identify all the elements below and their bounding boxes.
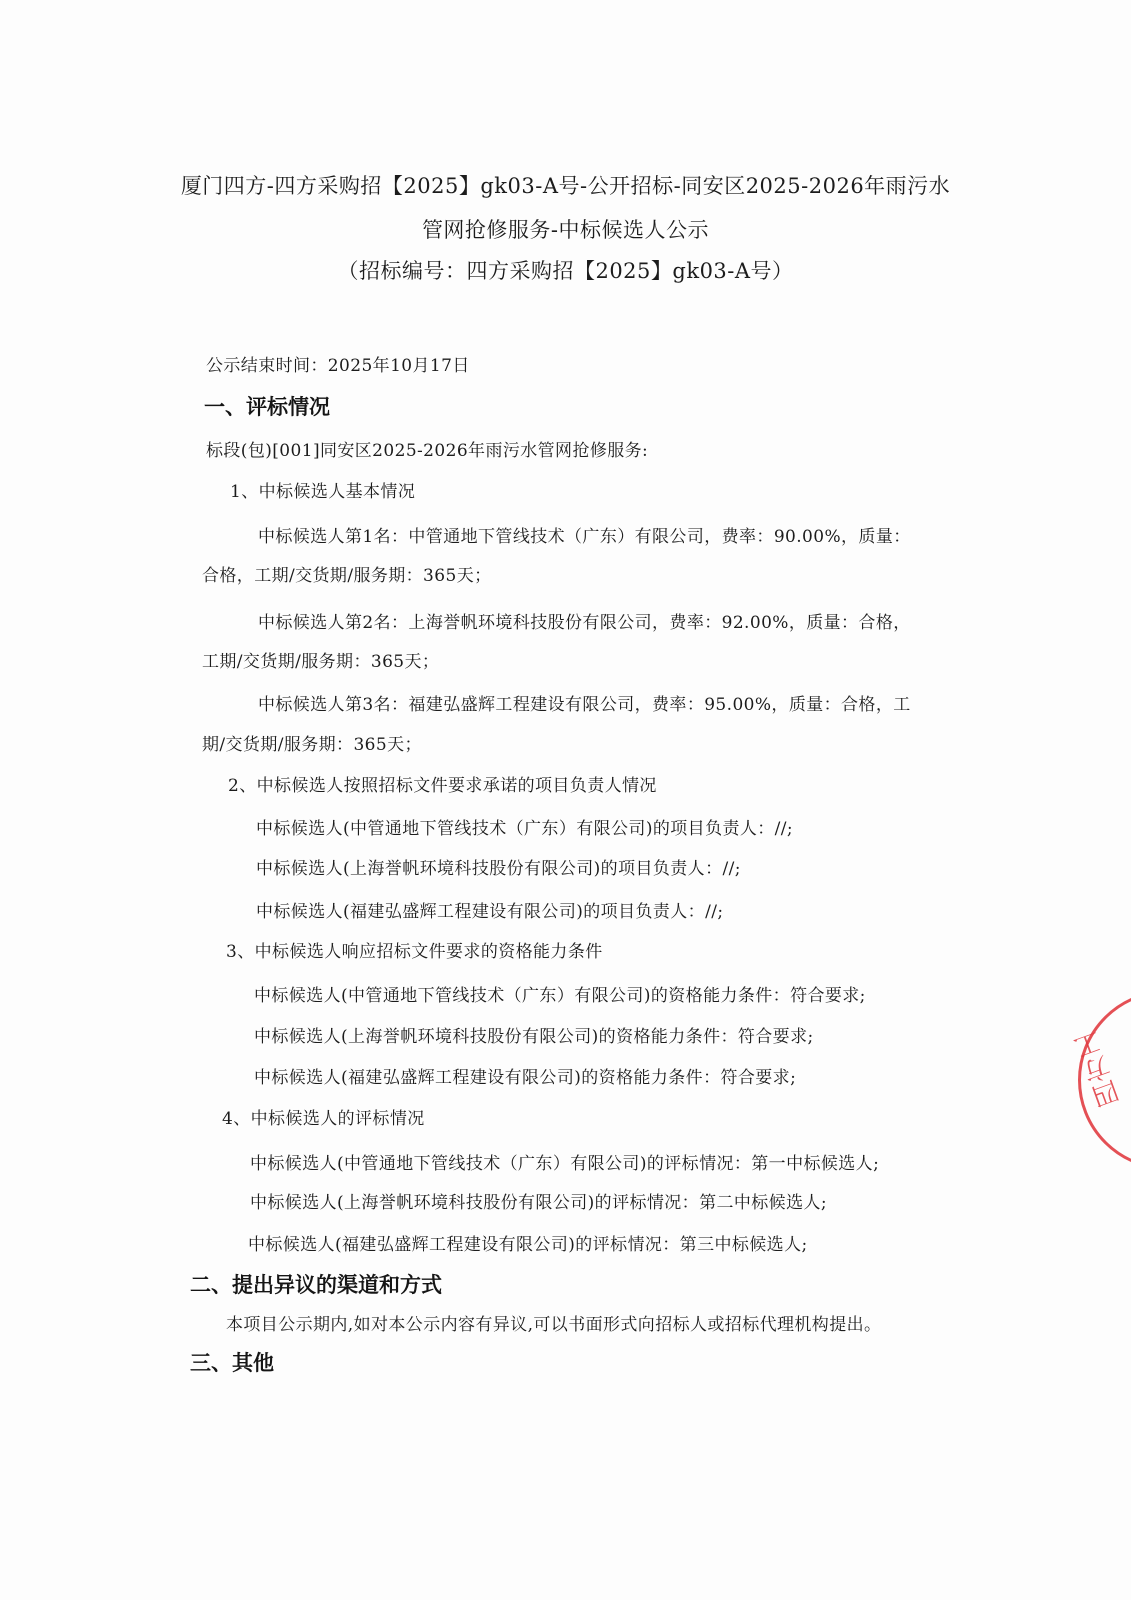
qualification-line-1: 中标候选人(中管通地下管线技术（广东）有限公司)的资格能力条件：符合要求; [254, 981, 866, 1006]
document-subtitle-bid-number: （招标编号：四方采购招【2025】gk03-A号） [0, 255, 1131, 285]
qualification-line-3: 中标候选人(福建弘盛辉工程建设有限公司)的资格能力条件：符合要求; [254, 1063, 796, 1088]
subsection-3-heading: 3、中标候选人响应招标文件要求的资格能力条件 [226, 937, 603, 962]
evaluation-line-1: 中标候选人(中管通地下管线技术（广东）有限公司)的评标情况：第一中标候选人; [250, 1149, 879, 1174]
subsection-4-heading: 4、中标候选人的评标情况 [222, 1104, 425, 1129]
section-1-heading: 一、评标情况 [204, 391, 330, 421]
subsection-2-heading: 2、中标候选人按照招标文件要求承诺的项目负责人情况 [228, 771, 657, 796]
project-lead-line-1: 中标候选人(中管通地下管线技术（广东）有限公司)的项目负责人：//; [256, 814, 793, 839]
candidate-2-line-a: 中标候选人第2名：上海誉帆环境科技股份有限公司，费率：92.00%，质量：合格， [258, 608, 911, 633]
candidate-3-line-a: 中标候选人第3名：福建弘盛辉工程建设有限公司，费率：95.00%，质量：合格，工 [258, 690, 911, 715]
document-page: 厦门四方-四方采购招【2025】gk03-A号-公开招标-同安区2025-202… [0, 0, 1131, 1600]
document-title-line-1: 厦门四方-四方采购招【2025】gk03-A号-公开招标-同安区2025-202… [0, 170, 1131, 200]
lot-description: 标段(包)[001]同安区2025-2026年雨污水管网抢修服务: [206, 436, 648, 461]
project-lead-line-2: 中标候选人(上海誉帆环境科技股份有限公司)的项目负责人：//; [256, 854, 741, 879]
section-2-heading: 二、提出异议的渠道和方式 [190, 1269, 442, 1299]
candidate-1-line-a: 中标候选人第1名：中管通地下管线技术（广东）有限公司，费率：90.00%，质量： [258, 522, 911, 547]
evaluation-line-3: 中标候选人(福建弘盛辉工程建设有限公司)的评标情况：第三中标候选人; [248, 1230, 808, 1255]
candidate-1-line-b: 合格，工期/交货期/服务期：365天； [202, 561, 492, 586]
qualification-line-2: 中标候选人(上海誉帆环境科技股份有限公司)的资格能力条件：符合要求; [254, 1022, 814, 1047]
candidate-2-line-b: 工期/交货期/服务期：365天； [202, 647, 439, 672]
evaluation-line-2: 中标候选人(上海誉帆环境科技股份有限公司)的评标情况：第二中标候选人; [250, 1188, 827, 1213]
document-title-line-2: 管网抢修服务-中标候选人公示 [0, 214, 1131, 244]
objection-instructions: 本项目公示期内,如对本公示内容有异议,可以书面形式向招标人或招标代理机构提出。 [226, 1310, 881, 1335]
announcement-end-time: 公示结束时间：2025年10月17日 [206, 351, 470, 376]
project-lead-line-3: 中标候选人(福建弘盛辉工程建设有限公司)的项目负责人：//; [256, 897, 723, 922]
section-3-heading: 三、其他 [190, 1347, 274, 1377]
subsection-1-heading: 1、中标候选人基本情况 [230, 477, 415, 502]
candidate-3-line-b: 期/交货期/服务期：365天； [202, 730, 422, 755]
